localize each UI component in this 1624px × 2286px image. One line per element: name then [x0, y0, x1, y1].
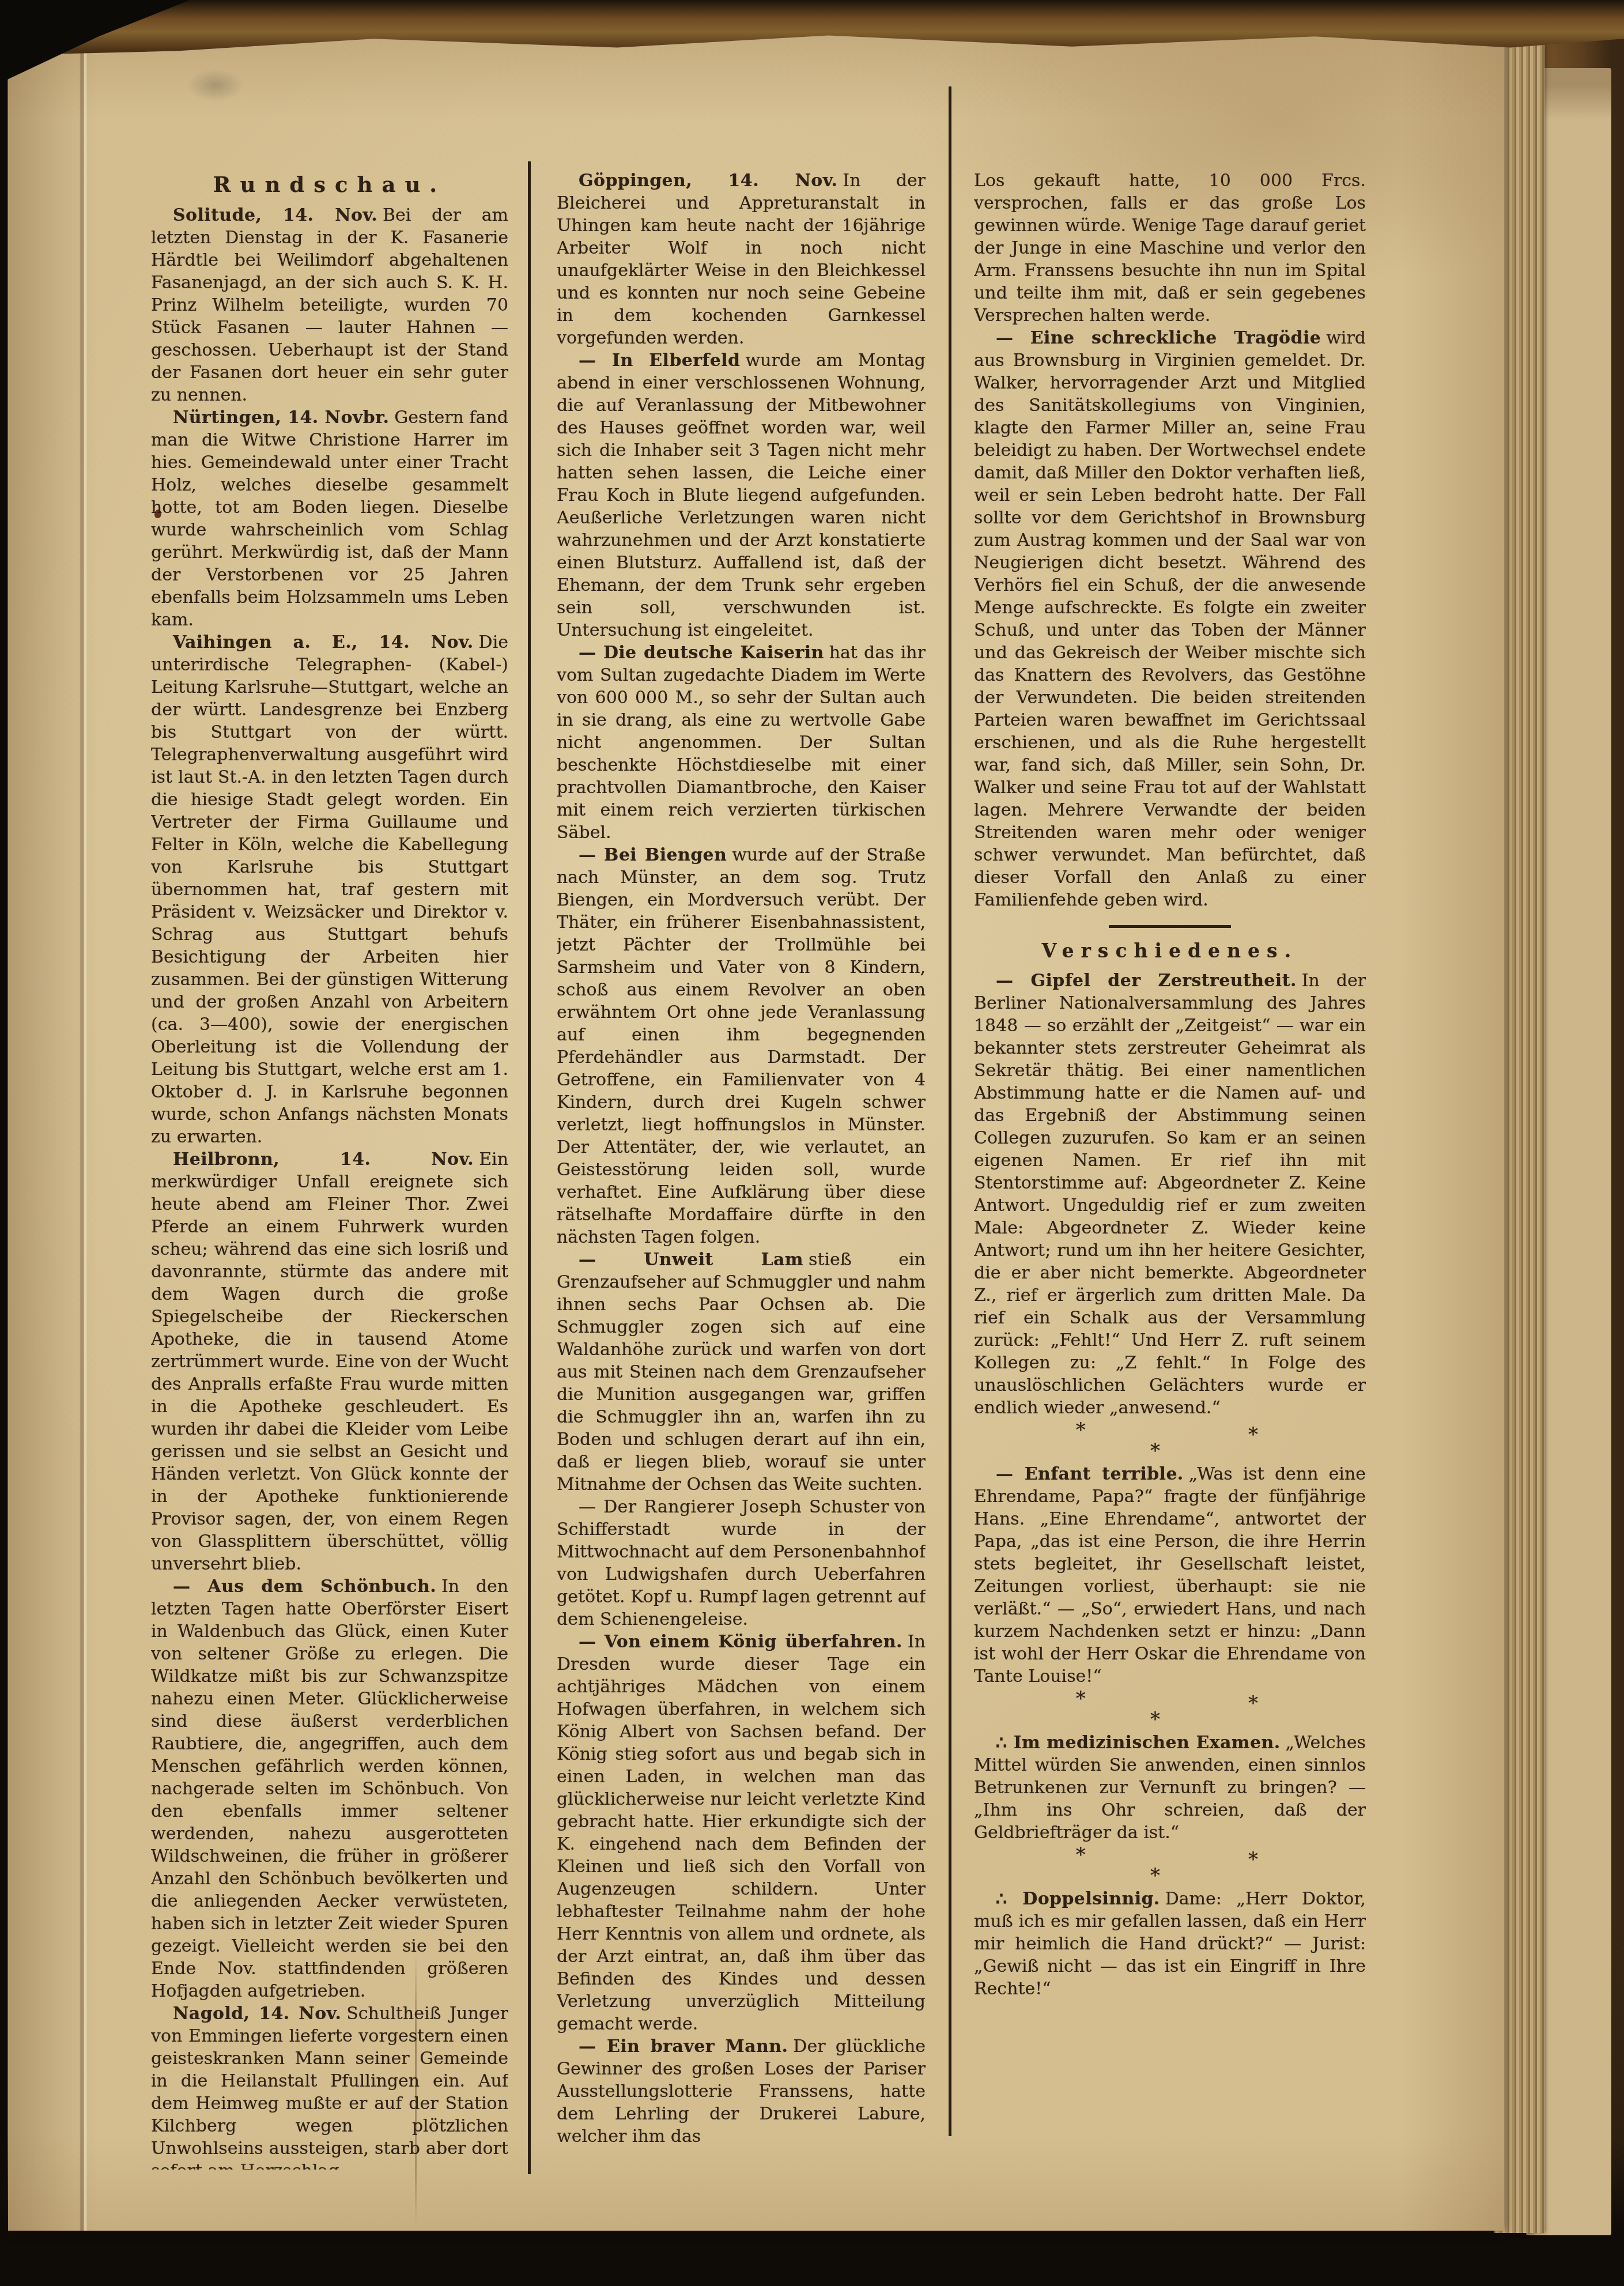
asterisk: *	[1076, 1419, 1086, 1442]
newspaper-columns: Rundschau. Solitude, 14. Nov.Bei der am …	[8, 33, 1504, 2231]
article-solitude: Solitude, 14. Nov.Bei der am letzten Die…	[151, 204, 508, 406]
article-lead-rangierer: — Der Rangierer Joseph Schuster	[579, 1497, 889, 1517]
asterisk: *	[1150, 1865, 1160, 1887]
article-lead-kaiserin: — Die deutsche Kaiserin	[579, 643, 824, 663]
article-body-nagold: Schultheiß Junger von Emmingen lieferte …	[151, 2004, 508, 2170]
article-lead-schoenbuch: — Aus dem Schönbuch.	[173, 1576, 436, 1597]
article-biengen: — Bei Biengenwurde auf der Straße nach M…	[557, 844, 926, 1248]
article-lead-biengen: — Bei Biengen	[579, 845, 727, 865]
article-body-kaiserin: hat das ihr vom Sultan zugedachte Diadem…	[557, 643, 926, 843]
article-lead-nuertingen: Nürtingen, 14. Novbr.	[173, 408, 389, 428]
column-middle: Göppingen, 14. Nov.In der Bleicherei und…	[557, 169, 926, 2170]
article-elberfeld: — In Elberfeldwurde am Montag abend in e…	[557, 349, 926, 642]
article-body-heilbronn: Ein merkwürdiger Unfall ereignete sich h…	[151, 1149, 508, 1574]
asterisk: *	[1248, 1424, 1258, 1446]
asterisk-separator-1: ***	[974, 1419, 1366, 1463]
article-schoenbuch: — Aus dem Schönbuch.In den letzten Tagen…	[151, 1575, 508, 2002]
article-lead-goeppingen: Göppingen, 14. Nov.	[579, 171, 837, 191]
article-medizinisches-examen: ∴ Im medizinischen Examen.„Welches Mitte…	[974, 1732, 1366, 1844]
article-nuertingen: Nürtingen, 14. Novbr.Gestern fand man di…	[151, 406, 508, 631]
asterisk: *	[1248, 1849, 1258, 1871]
article-vaihingen: Vaihingen a. E., 14. Nov.Die unterirdisc…	[151, 631, 508, 1148]
article-braver-mann: — Ein braver Mann.Der glückliche Gewinne…	[557, 2035, 926, 2148]
asterisk: *	[1150, 1708, 1160, 1731]
article-lead-koenig-ueberfahren: — Von einem König überfahren.	[579, 1632, 902, 1652]
article-lead-doppelsinnig: ∴ Doppelsinnig.	[996, 1889, 1160, 1909]
article-nagold: Nagold, 14. Nov.Schultheiß Junger von Em…	[151, 2002, 508, 2170]
column-rundschau: Rundschau. Solitude, 14. Nov.Bei der am …	[151, 169, 508, 2170]
article-body-tragoedie: wird aus Brownsburg in Virginien gemelde…	[974, 328, 1366, 910]
section-heading-rundschau: Rundschau.	[151, 172, 508, 197]
article-lead-solitude: Solitude, 14. Nov.	[173, 205, 377, 225]
article-lead-zerstreutheit: — Gipfel der Zerstreutheit.	[996, 971, 1297, 991]
article-body-goeppingen: In der Bleicherei und Appreturanstalt in…	[557, 171, 926, 348]
asterisk-separator-3: ***	[974, 1844, 1366, 1888]
article-lead-medizinisches-examen: ∴ Im medizinischen Examen.	[996, 1733, 1281, 1753]
article-body-zerstreutheit: In der Berliner Nationalversammlung des …	[974, 971, 1366, 1418]
article-enfant-terrible: — Enfant terrible.„Was ist denn eine Ehr…	[974, 1463, 1366, 1688]
article-goeppingen: Göppingen, 14. Nov.In der Bleicherei und…	[557, 169, 926, 349]
article-lead-tragoedie: — Eine schreckliche Tragödie	[996, 328, 1321, 348]
article-kaiserin: — Die deutsche Kaiserinhat das ihr vom S…	[557, 642, 926, 844]
article-body-koenig-ueberfahren: In Dresden wurde dieser Tage ein achtjäh…	[557, 1632, 926, 2034]
article-lead-vaihingen: Vaihingen a. E., 14. Nov.	[173, 632, 474, 652]
article-body-nuertingen: Gestern fand man die Witwe Christione Ha…	[151, 408, 508, 630]
article-lead-heilbronn: Heilbronn, 14. Nov.	[173, 1149, 474, 1170]
asterisk: *	[1248, 1692, 1258, 1715]
article-heilbronn: Heilbronn, 14. Nov.Ein merkwürdiger Unfa…	[151, 1148, 508, 1575]
article-zerstreutheit: — Gipfel der Zerstreutheit.In der Berlin…	[974, 970, 1366, 1419]
article-doppelsinnig: ∴ Doppelsinnig.Dame: „Herr Doktor, muß i…	[974, 1888, 1366, 2000]
asterisk: *	[1150, 1440, 1160, 1462]
article-body-lam: stieß ein Grenzaufseher auf Schmuggler u…	[557, 1250, 926, 1495]
article-body-solitude: Bei der am letzten Dienstag in der K. Fa…	[151, 205, 508, 405]
article-lead-braver-mann: — Ein braver Mann.	[579, 2036, 788, 2057]
asterisk: *	[1076, 1688, 1086, 1710]
article-body-elberfeld: wurde am Montag abend in einer verschlos…	[557, 350, 926, 640]
article-braver-mann-continuation: Los gekauft hatte, 10 000 Frcs. versproc…	[974, 169, 1366, 327]
article-body-enfant-terrible: „Was ist denn eine Ehrendame, Papa?“ fra…	[974, 1464, 1366, 1687]
article-koenig-ueberfahren: — Von einem König überfahren.In Dresden …	[557, 1631, 926, 2035]
article-body-biengen: wurde auf der Straße nach Münster, an de…	[557, 845, 926, 1247]
article-body-schoenbuch: In den letzten Tagen hatte Oberförster E…	[151, 1576, 508, 2001]
article-body-vaihingen: Die unterirdische Telegraphen- (Kabel-) …	[151, 632, 508, 1147]
asterisk-separator-2: ***	[974, 1688, 1366, 1732]
article-lead-elberfeld: — In Elberfeld	[579, 350, 740, 371]
article-lead-lam: — Unweit Lam	[579, 1250, 803, 1270]
article-rangierer: — Der Rangierer Joseph Schustervon Schif…	[557, 1496, 926, 1631]
article-lead-nagold: Nagold, 14. Nov.	[173, 2004, 341, 2024]
newspaper-page: Rundschau. Solitude, 14. Nov.Bei der am …	[8, 33, 1504, 2231]
article-lam: — Unweit Lamstieß ein Grenzaufseher auf …	[557, 1248, 926, 1496]
article-lead-enfant-terrible: — Enfant terrible.	[996, 1464, 1184, 1484]
section-divider-rule	[1109, 925, 1231, 928]
section-heading-verschiedenes: Verschiedenes.	[974, 940, 1366, 963]
article-tragoedie: — Eine schreckliche Tragödiewird aus Bro…	[974, 327, 1366, 911]
column-right: Los gekauft hatte, 10 000 Frcs. versproc…	[974, 169, 1366, 2170]
asterisk: *	[1076, 1844, 1086, 1866]
book-scene: Rundschau. Solitude, 14. Nov.Bei der am …	[0, 0, 1624, 2286]
